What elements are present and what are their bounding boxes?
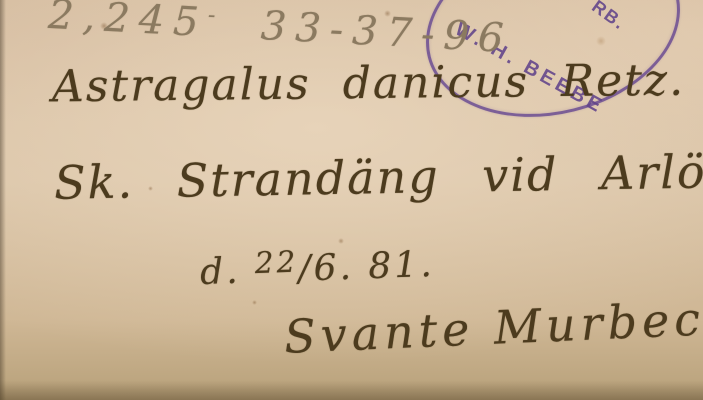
photo-bottom-edge-shadow (0, 380, 703, 400)
pencil-catalog-number: 2,245 (47, 0, 209, 46)
collector-signature: Svante Murbeck (283, 290, 703, 364)
date-prefix: d. (199, 250, 255, 293)
date-day: 22 (254, 245, 299, 280)
herbarium-label-photo: RB. W. H. BEEBE 2,245-33-37-96 Astragalu… (0, 0, 703, 400)
paper-stain (252, 300, 257, 305)
photo-left-edge-shadow (0, 0, 6, 400)
locality-text: Sk. Strandäng vid Arlöf (54, 144, 703, 210)
species-name: Astragalus danicus Retz. (52, 55, 686, 113)
pencil-superscript-mark: - (207, 3, 216, 28)
date-rest: /6. 81. (298, 244, 436, 290)
collection-date: d. 22/6. 81. (199, 244, 435, 293)
paper-stain (338, 238, 344, 244)
